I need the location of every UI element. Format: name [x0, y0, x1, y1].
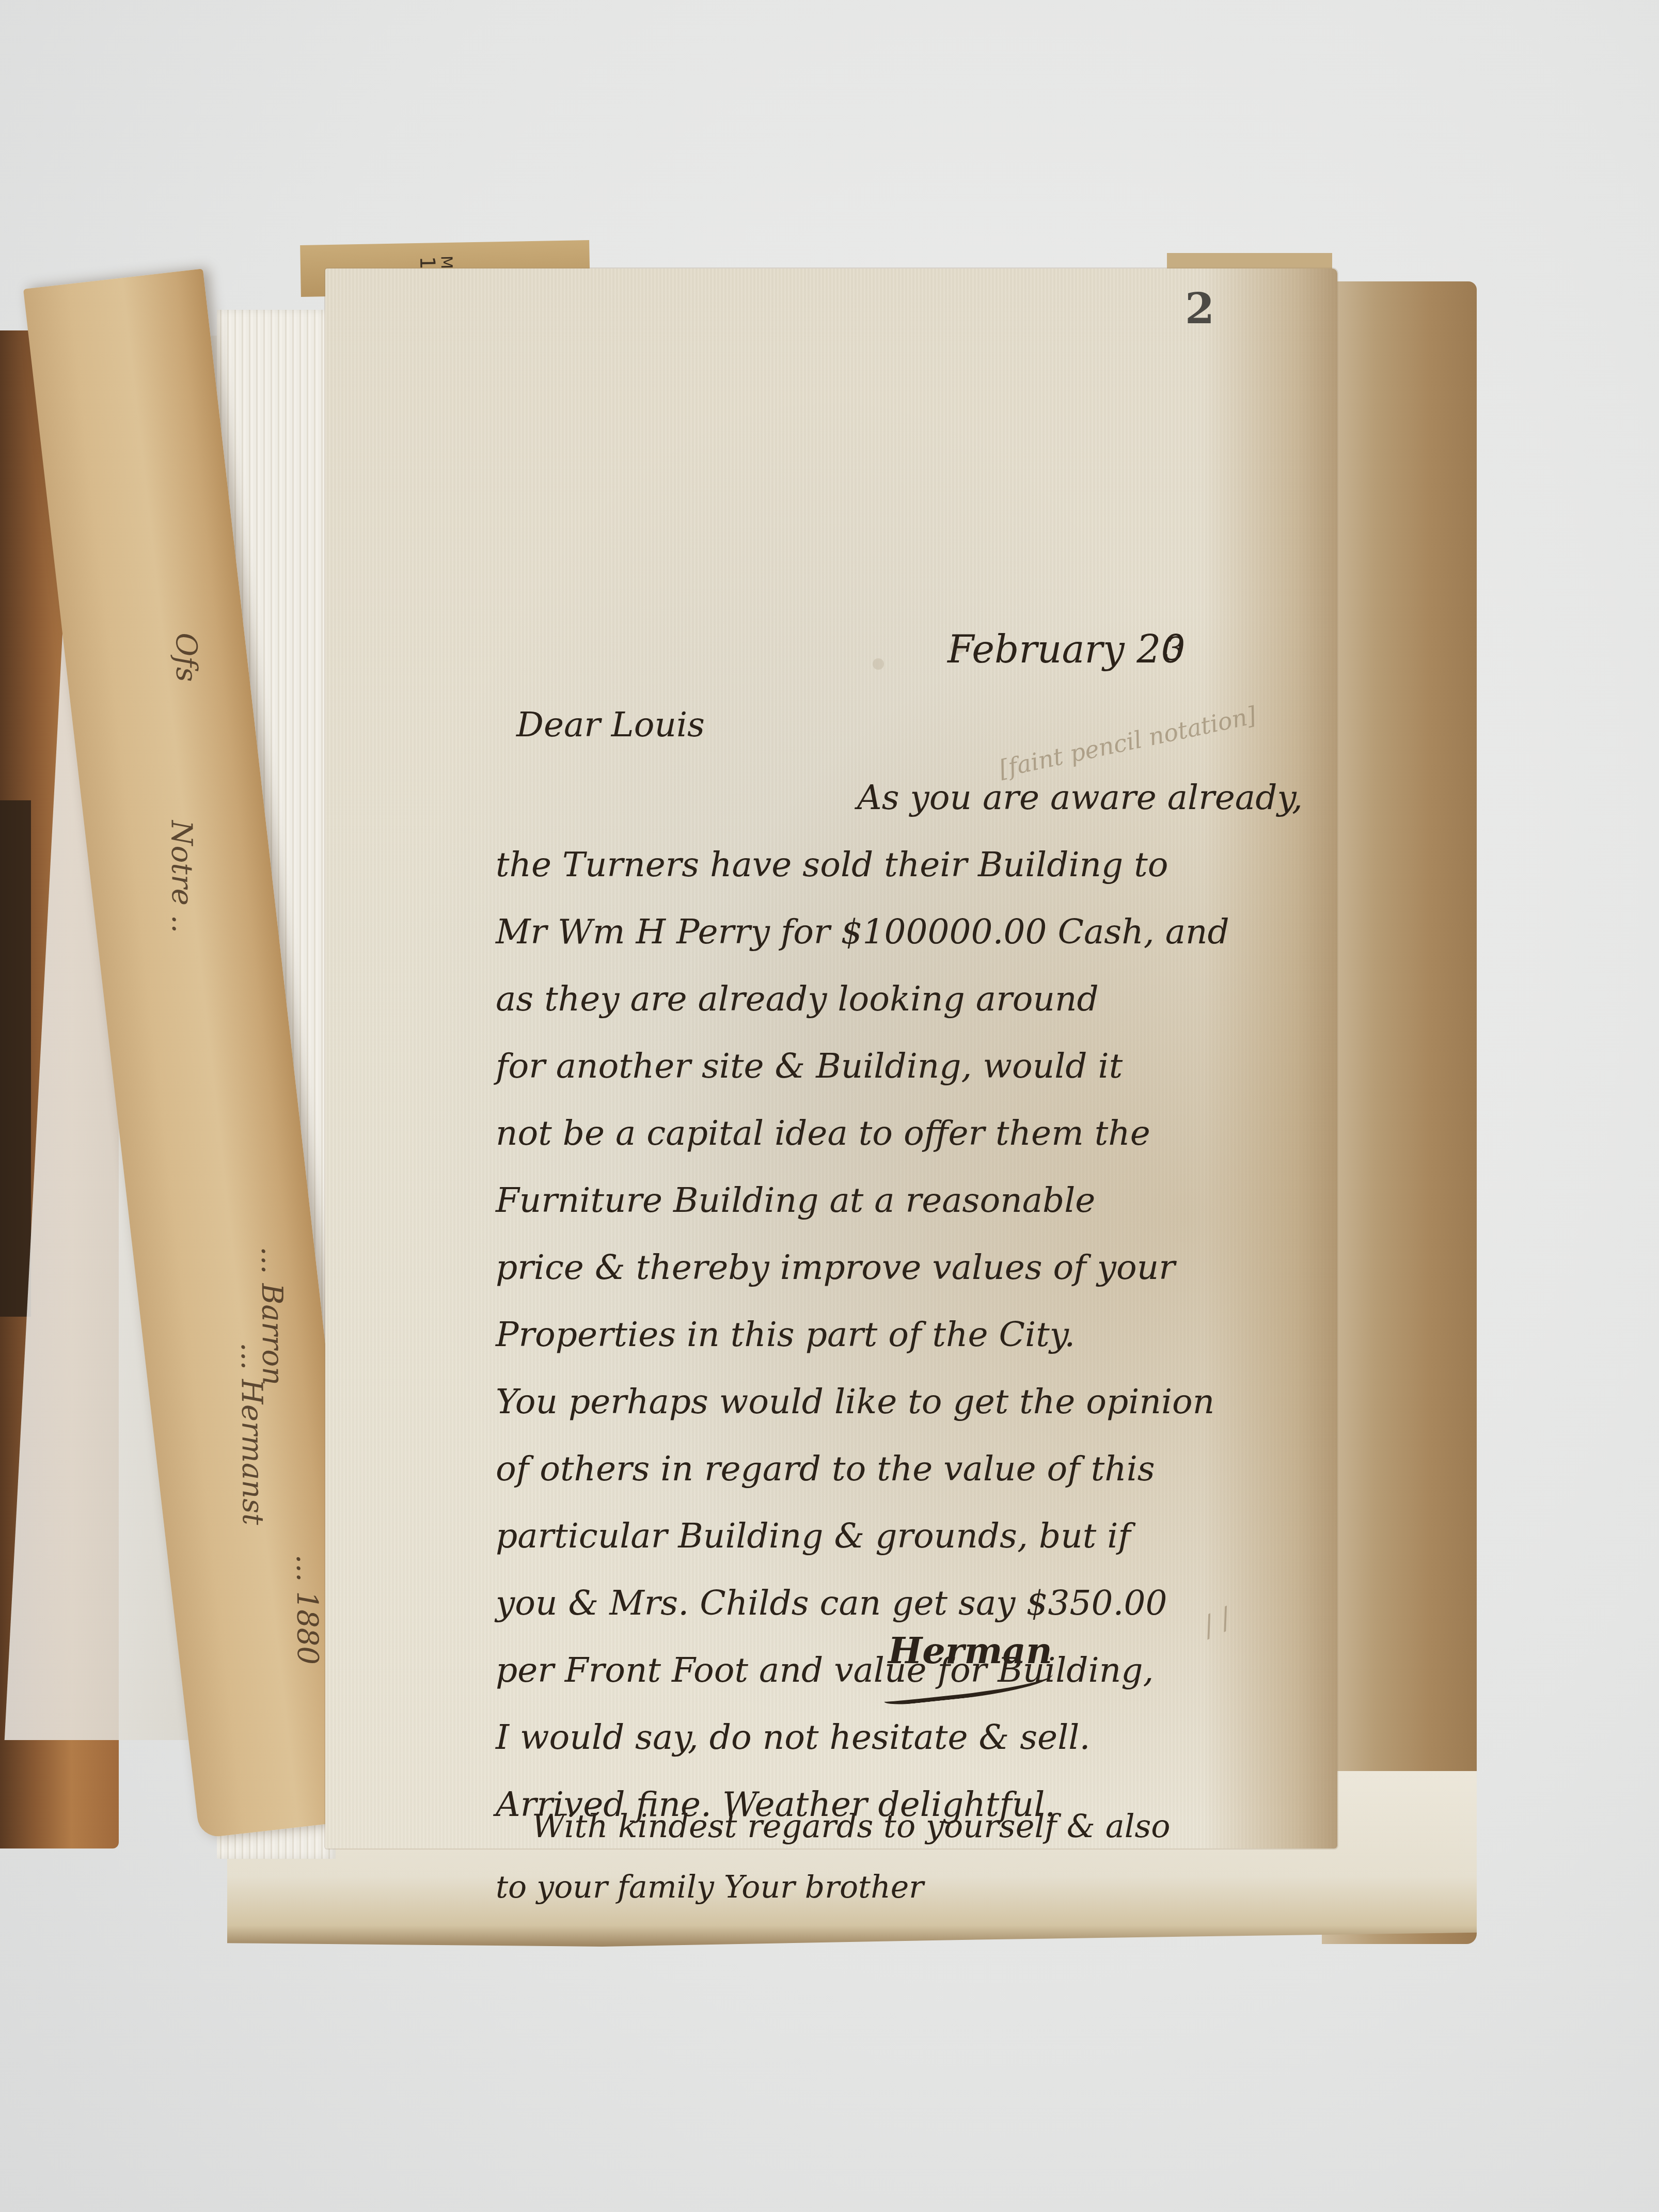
letter-line: You perhaps would like to get the opinio… — [496, 1368, 1303, 1435]
letter-salutation: Dear Louis — [516, 705, 705, 745]
letter-line: particular Building & grounds, but if — [496, 1503, 1303, 1570]
rolled-sheet-fragment: ... 1880 — [290, 1554, 324, 1665]
letter-line: of others in regard to the value of this — [496, 1435, 1303, 1503]
letter-closing-family: to your family Your brother — [496, 1869, 924, 1905]
letter-line: price & thereby improve values of your — [496, 1234, 1303, 1301]
page-number: 2 — [1185, 284, 1214, 334]
letter-line: as they are already looking around — [496, 966, 1303, 1033]
letter-line: Mr Wm H Perry for $100000.00 Cash, and — [496, 898, 1303, 966]
rolled-sheet-fragment: ... Hermanst — [234, 1342, 270, 1525]
letter-page: 2 February 20 3 [faint pencil notation] … — [325, 268, 1337, 1848]
rolled-sheet-fragment: Ofs — [169, 633, 203, 682]
letter-line: As you are aware already, — [496, 764, 1303, 831]
letter-date: February 20 — [947, 627, 1185, 672]
letter-line: you & Mrs. Childs can get say $350.00 — [496, 1570, 1303, 1637]
letter-line: the Turners have sold their Building to — [496, 831, 1303, 898]
letter-line: Furniture Building at a reasonable — [496, 1167, 1303, 1234]
letter-year-fragment: 3 — [1164, 630, 1184, 668]
page-stack-right-edges — [1322, 281, 1477, 1944]
letter-line: for another site & Building, would it — [496, 1033, 1303, 1100]
letter-closing-regards: With kindest regards to yourself & also — [532, 1807, 1171, 1845]
letter-line: Properties in this part of the City. — [496, 1301, 1303, 1368]
paper-spot — [873, 658, 884, 670]
letter-body: As you are aware already, the Turners ha… — [496, 764, 1303, 1838]
letter-line: I would say, do not hesitate & sell. — [496, 1704, 1303, 1771]
letter-signature: Herman — [888, 1629, 1052, 1672]
rolled-sheet-fragment: Notre .. — [165, 820, 199, 933]
cover-dark-patch — [0, 800, 31, 1317]
letter-line: not be a capital idea to offer them the — [496, 1100, 1303, 1167]
